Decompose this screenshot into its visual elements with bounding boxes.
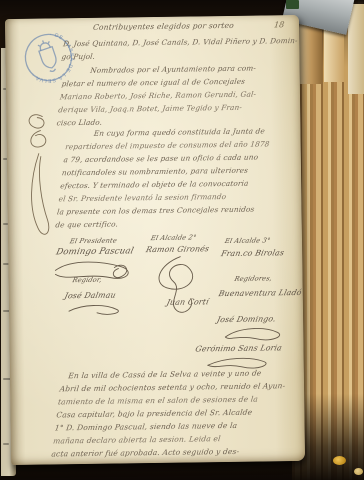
signature-title-alcalde3: El Alcalde 3° (224, 236, 271, 245)
signature-flourish (52, 255, 138, 292)
heading: Contribuyentes elegidos por sorteo (92, 21, 234, 32)
signature-alcalde2: Ramon Gironés (145, 244, 210, 254)
signature-concejal: Juan Cortí (166, 297, 210, 307)
paragraph-sesion: En la villa de Cassá de la Selva a veint… (51, 366, 288, 460)
fore-edge-page-block (348, 4, 364, 94)
brass-fitting (354, 468, 363, 475)
manuscript-photo: · DE CASSÁ DE LA SELVA · Contribuyentes … (0, 0, 364, 480)
regidor-label: Regidor, (72, 276, 103, 284)
signature-flourish (67, 301, 123, 318)
signature-regidores: Buenaventura Lladó (218, 288, 303, 298)
text-line: de que certifico. (55, 216, 261, 232)
signature-flourish (146, 254, 221, 317)
text-line: derique Vila, Joaq.n Botet, Jaime Tegido… (58, 101, 256, 117)
paragraph-contribuyentes: D. José Quintana, D. José Canals, D. Vid… (61, 34, 299, 63)
signature-secretario: Gerónimo Sans Loria (194, 343, 283, 353)
signature-flourish (221, 324, 285, 345)
left-page-text-mark (3, 443, 9, 445)
signature-regidor: José Dalmau (64, 291, 117, 301)
green-marker (286, 0, 299, 9)
text-line: acta anterior fué aprobada. Acto seguido… (51, 444, 278, 460)
paragraph-nombrados: Nombrados por el Ayuntamiento para com- … (56, 62, 260, 130)
brass-fitting (333, 456, 346, 465)
manuscript-page: · DE CASSÁ DE LA SELVA · Contribuyentes … (5, 15, 305, 465)
signature-concejal2: José Domingo. (216, 314, 277, 324)
margin-flourish (18, 108, 56, 248)
regidores-label: Regidores, (234, 274, 273, 283)
signature-title-presidente: El Presidente (69, 237, 118, 246)
signature-title-alcalde2: El Alcalde 2° (150, 233, 197, 242)
signature-alcalde3: Fran.co Birolas (220, 248, 285, 258)
page-number: 18 (273, 20, 285, 29)
paragraph-junta: En cuya forma quedó constituida la Junta… (55, 124, 272, 231)
